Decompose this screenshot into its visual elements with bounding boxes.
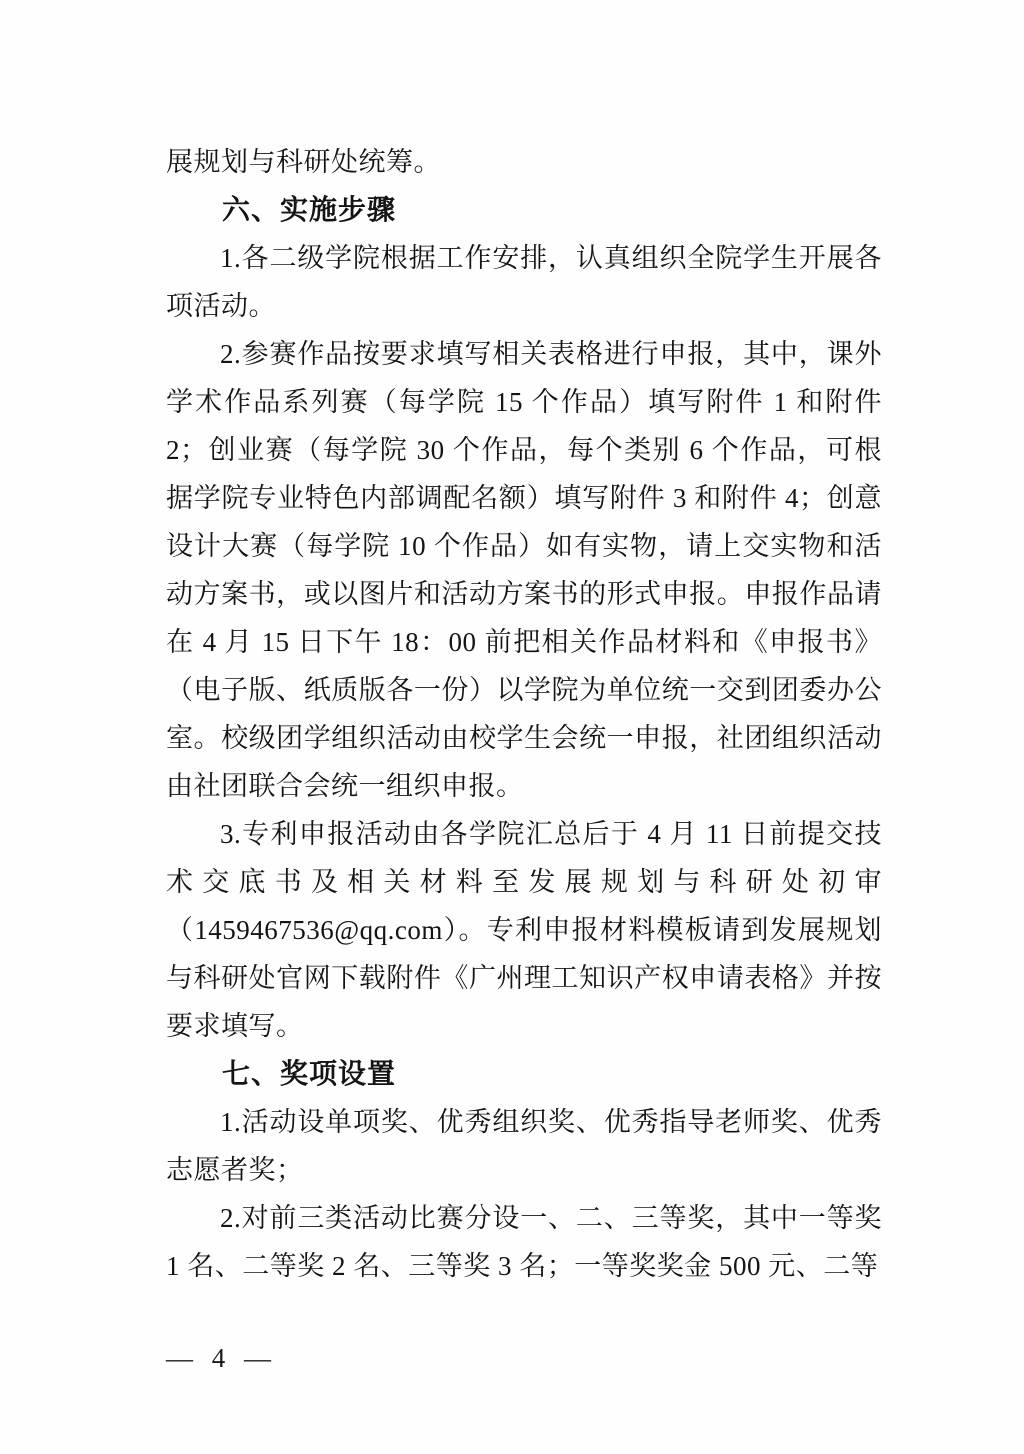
paragraph: 2.参赛作品按要求填写相关表格进行申报，其中，课外学术作品系列赛（每学院 15 … bbox=[166, 330, 882, 810]
document-page: 展规划与科研处统筹。六、实施步骤1.各二级学院根据工作安排，认真组织全院学生开展… bbox=[0, 0, 1024, 1454]
paragraph: 2.对前三类活动比赛分设一、二、三等奖，其中一等奖 1 名、二等奖 2 名、三等… bbox=[166, 1194, 882, 1290]
section-heading: 六、实施步骤 bbox=[166, 186, 882, 234]
paragraph: 展规划与科研处统筹。 bbox=[166, 138, 882, 186]
section-heading: 七、奖项设置 bbox=[166, 1050, 882, 1098]
document-body: 展规划与科研处统筹。六、实施步骤1.各二级学院根据工作安排，认真组织全院学生开展… bbox=[166, 138, 882, 1290]
paragraph: 1.各二级学院根据工作安排，认真组织全院学生开展各项活动。 bbox=[166, 234, 882, 330]
paragraph: 3.专利申报活动由各学院汇总后于 4 月 11 日前提交技术交底书及相关材料至发… bbox=[166, 810, 882, 1050]
page-number: — 4 — bbox=[166, 1338, 277, 1378]
paragraph: 1.活动设单项奖、优秀组织奖、优秀指导老师奖、优秀志愿者奖； bbox=[166, 1098, 882, 1194]
